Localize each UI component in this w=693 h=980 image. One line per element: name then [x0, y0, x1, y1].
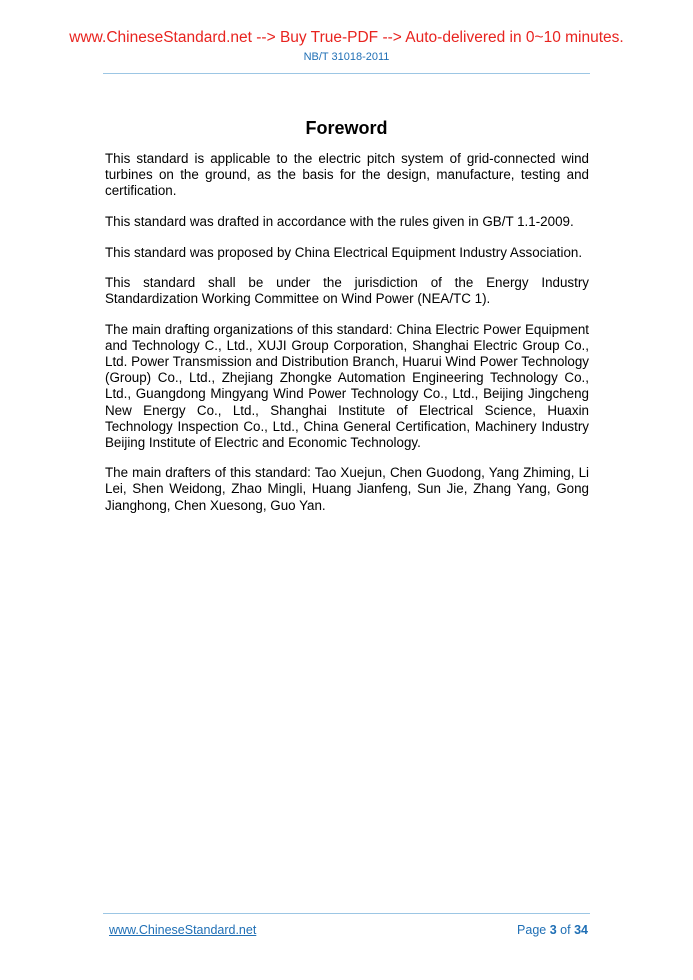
paragraph-proposer: This standard was proposed by China Elec… [105, 245, 589, 261]
page-of-label: of [560, 923, 570, 937]
page-total: 34 [574, 923, 588, 937]
footer-website-link[interactable]: www.ChineseStandard.net [109, 923, 256, 938]
paragraph-drafting-organizations: The main drafting organizations of this … [105, 322, 589, 451]
page-current: 3 [550, 923, 557, 937]
footer-divider [103, 913, 590, 914]
promo-banner: www.ChineseStandard.net --> Buy True-PDF… [0, 29, 693, 47]
paragraph-drafters: The main drafters of this standard: Tao … [105, 465, 589, 513]
paragraph-scope: This standard is applicable to the elect… [105, 151, 589, 199]
paragraph-drafting-rules: This standard was drafted in accordance … [105, 214, 589, 230]
page-number: Page 3 of 34 [517, 923, 588, 938]
paragraph-jurisdiction: This standard shall be under the jurisdi… [105, 275, 589, 307]
page-title: Foreword [0, 117, 693, 139]
header-divider [103, 73, 590, 74]
document-body: This standard is applicable to the elect… [105, 151, 589, 528]
page-label: Page [517, 923, 546, 937]
document-id: NB/T 31018-2011 [0, 51, 693, 64]
